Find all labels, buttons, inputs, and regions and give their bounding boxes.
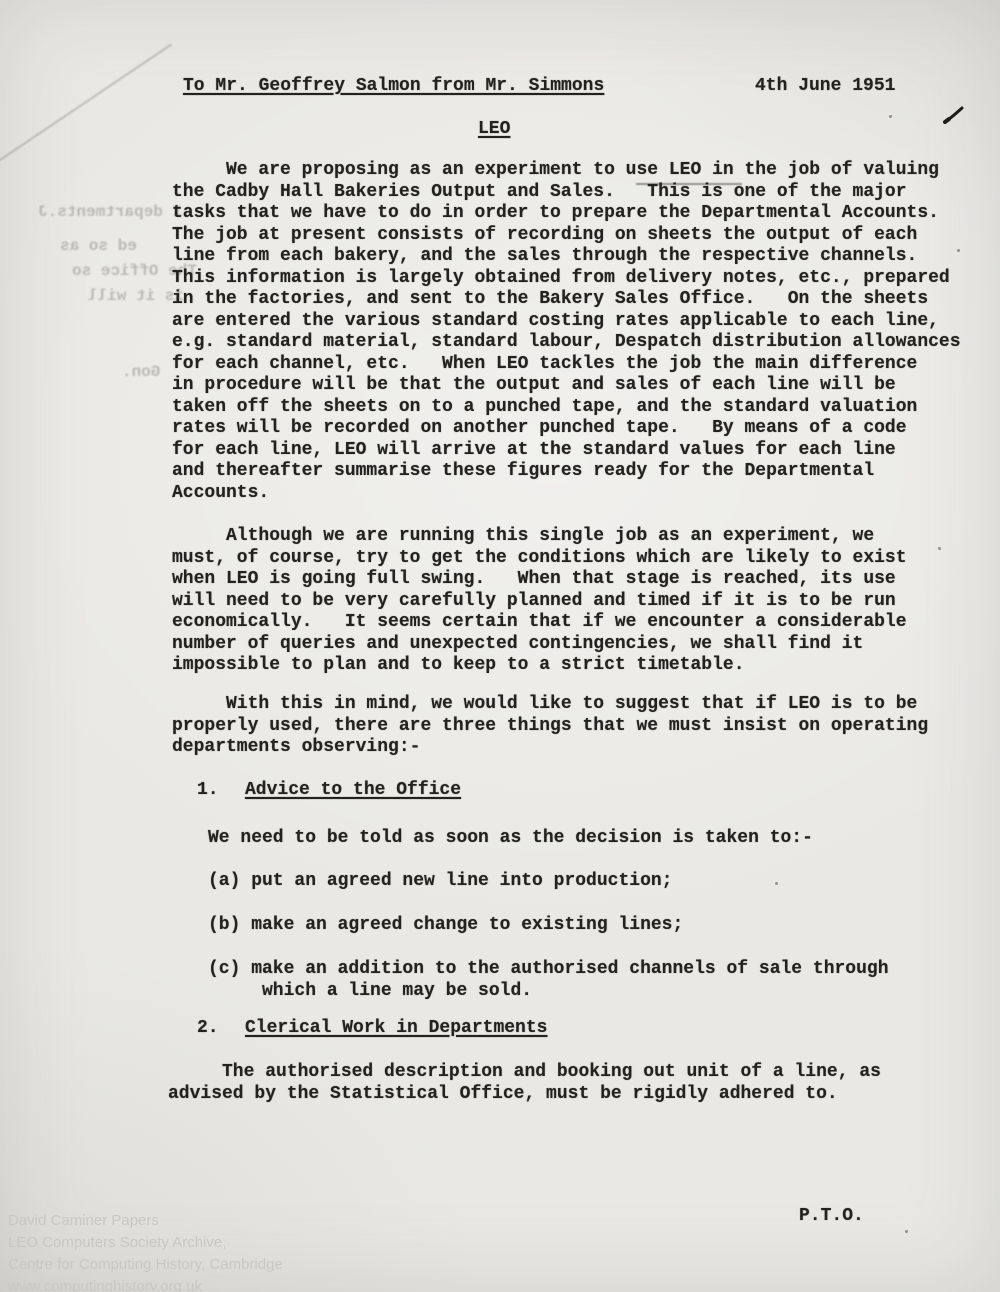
date-line: 4th June 1951 — [755, 76, 895, 98]
document-page: I departments.J ed so as The Office so i… — [0, 0, 1000, 1292]
section-1-number: 1. — [197, 780, 245, 802]
paragraph-2: Although we are running this single job … — [172, 526, 907, 677]
watermark-line: David Caminer Papers — [8, 1210, 283, 1232]
paper-speck — [938, 547, 941, 550]
section-1-title: Advice to the Office — [245, 780, 461, 800]
recipient-line: To Mr. Geoffrey Salmon from Mr. Simmons — [183, 76, 604, 98]
paper-crease — [0, 44, 172, 168]
bleedthrough-text: is it will — [88, 287, 184, 305]
section-2-heading: 2.Clerical Work in Departments — [197, 1018, 547, 1040]
section-1-item-b: (b) make an agreed change to existing li… — [208, 915, 683, 937]
bleedthrough-text: Gon. — [122, 363, 160, 381]
paper-speck — [775, 882, 778, 885]
section-2-title: Clerical Work in Departments — [245, 1018, 547, 1038]
paper-speck — [957, 249, 960, 252]
paragraph-1: We are proposing as an experiment to use… — [172, 160, 961, 504]
watermark-line: www.computinghistory.org.uk — [8, 1276, 283, 1292]
watermark-line: LEO Computers Society Archive, — [8, 1232, 283, 1254]
archive-watermark: David Caminer Papers LEO Computers Socie… — [8, 1210, 283, 1292]
pencil-underline-mark — [636, 183, 742, 185]
section-1-heading: 1.Advice to the Office — [197, 780, 461, 802]
section-1-item-c: (c) make an addition to the authorised c… — [208, 959, 889, 1002]
document-title: LEO — [478, 119, 510, 141]
paper-speck — [905, 1230, 908, 1233]
bleedthrough-text: I departments.J — [38, 203, 182, 221]
section-2-body: The authorised description and booking o… — [168, 1062, 881, 1105]
section-1-item-a: (a) put an agreed new line into producti… — [208, 871, 672, 893]
pen-tick-icon — [942, 104, 966, 131]
pto-mark: P.T.O. — [799, 1206, 864, 1228]
paragraph-3: With this in mind, we would like to sugg… — [172, 694, 928, 759]
paper-speck — [889, 115, 892, 118]
section-1-intro: We need to be told as soon as the decisi… — [208, 828, 813, 850]
watermark-line: Centre for Computing History, Cambridge — [8, 1254, 283, 1276]
bleedthrough-text: ed so as — [60, 237, 137, 255]
section-2-number: 2. — [197, 1018, 245, 1040]
